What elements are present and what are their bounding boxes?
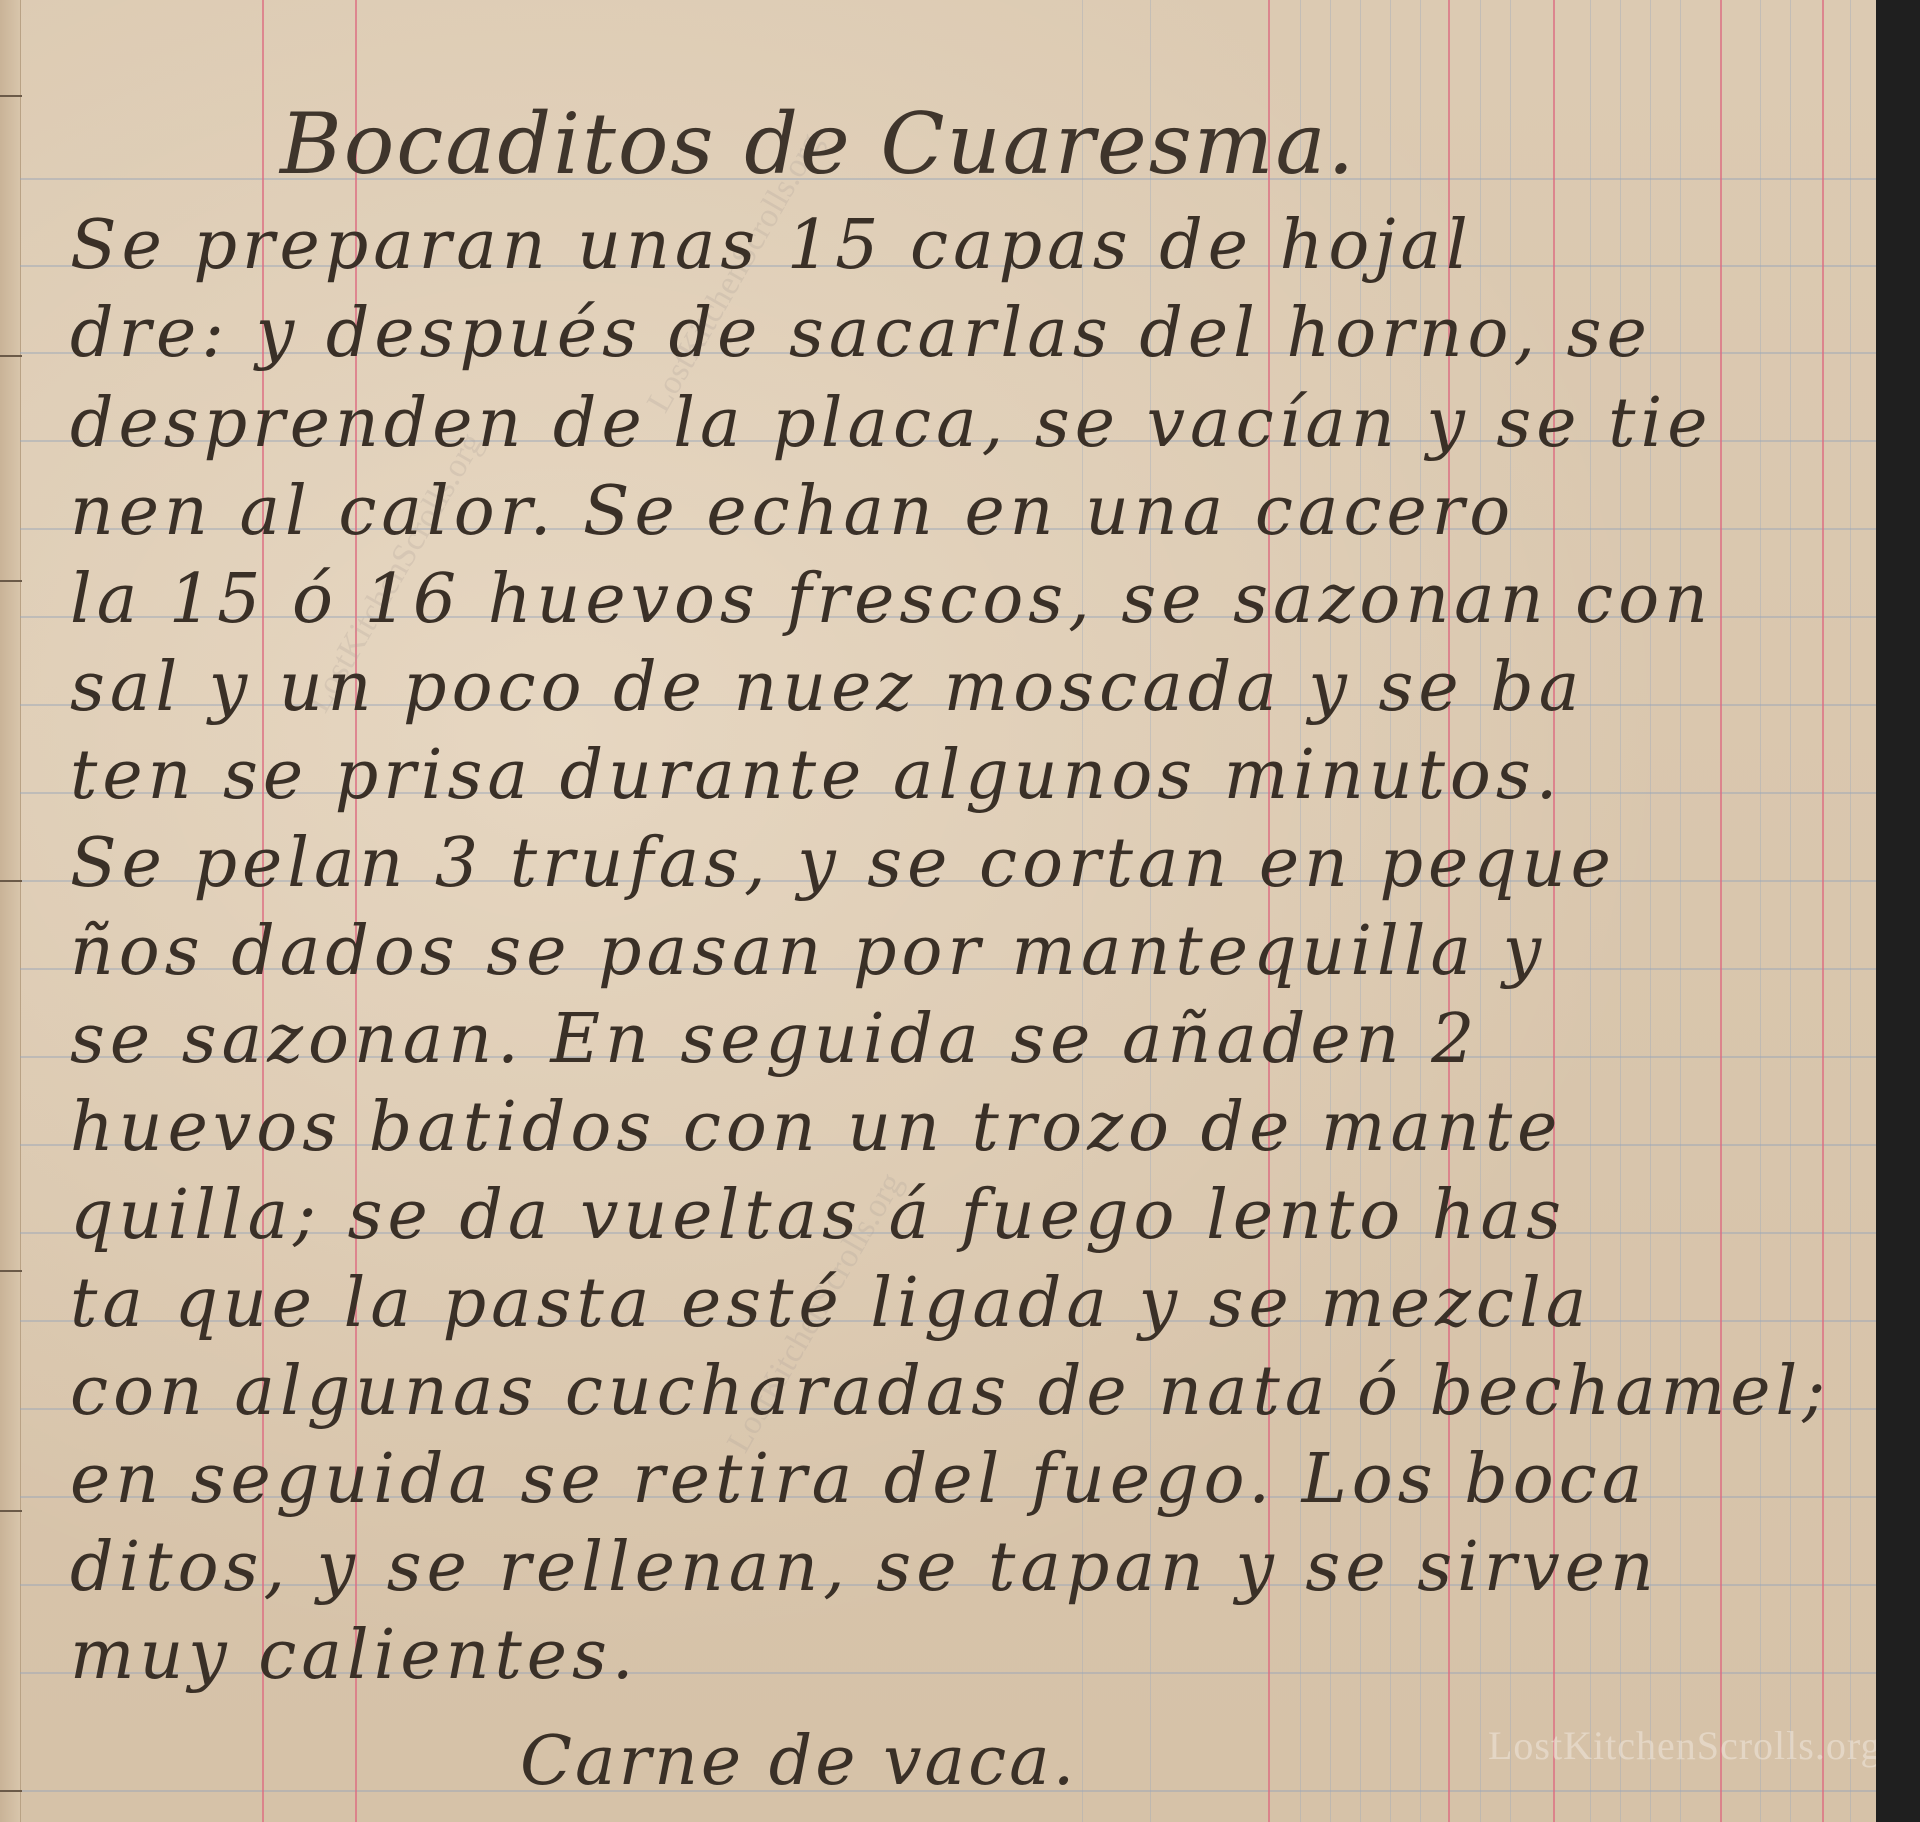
text-line: muy calientes. <box>70 1622 1860 1690</box>
text-line: quilla; se da vueltas á fuego lento has <box>70 1182 1860 1250</box>
text-line: sal y un poco de nuez moscada y se ba <box>70 654 1860 722</box>
next-recipe-title: Carne de vaca. <box>520 1722 1077 1801</box>
text-line: ños dados se pasan por mantequilla y <box>70 918 1860 986</box>
text-line: desprenden de la placa, se vacían y se t… <box>70 390 1860 458</box>
text-line: con algunas cucharadas de nata ó bechame… <box>70 1358 1860 1426</box>
scan-border <box>1876 0 1920 1822</box>
text-line: Se pelan 3 trufas, y se cortan en peque <box>70 830 1860 898</box>
recipe-title: Bocaditos de Cuaresma. <box>280 95 1356 193</box>
text-line: ditos, y se rellenan, se tapan y se sirv… <box>70 1534 1860 1602</box>
text-line: ten se prisa durante algunos minutos. <box>70 742 1860 810</box>
notebook-page: LostKitchenScrolls.org LostKitchenScroll… <box>0 0 1876 1822</box>
text-line: se sazonan. En seguida se añaden 2 <box>70 1006 1860 1074</box>
text-line: la 15 ó 16 huevos frescos, se sazonan co… <box>70 566 1860 634</box>
text-line: en seguida se retira del fuego. Los boca <box>70 1446 1860 1514</box>
text-line: Se preparan unas 15 capas de hojal <box>70 212 1860 280</box>
watermark: LostKitchenScrolls.org <box>1488 1722 1881 1769</box>
text-line: ta que la pasta esté ligada y se mezcla <box>70 1270 1860 1338</box>
text-line: nen al calor. Se echan en una cacero <box>70 478 1860 546</box>
handwritten-recipe: Bocaditos de Cuaresma. Se preparan unas … <box>0 0 1876 1822</box>
text-line: dre: y después de sacarlas del horno, se <box>70 300 1860 368</box>
text-line: huevos batidos con un trozo de mante <box>70 1094 1860 1162</box>
